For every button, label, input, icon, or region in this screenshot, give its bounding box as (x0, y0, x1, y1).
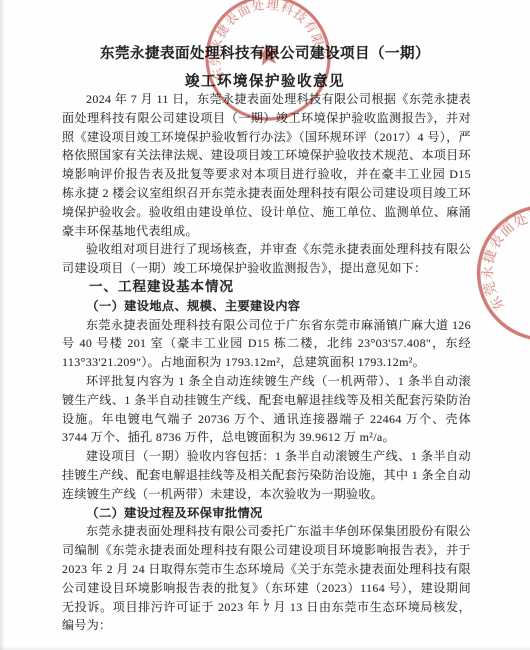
paragraph-review: 验收组对项目进行了现场核查，并审查《东莞永捷表面处理科技有限公司建设项目（一期）… (62, 240, 471, 278)
subsection-heading-1: （一）建设地点、规模、主要建设内容 (62, 297, 471, 316)
paragraph-acceptance-scope: 建设项目（一期）验收内容包括：1 条半自动滚镀生产线、1 条半自动挂镀生产线、配… (62, 447, 471, 503)
document-title: 东莞永捷表面处理科技有限公司建设项目（一期） 竣工环境保护验收意见 (0, 44, 530, 92)
subsection-heading-2: （二）建设过程及环保审批情况 (62, 504, 471, 523)
scan-edge-shadow (0, 0, 5, 650)
section-heading-1: 一、工程建设基本情况 (62, 278, 471, 297)
page-number: 1 (0, 598, 530, 609)
scan-edge-shadow-bottom (0, 646, 530, 650)
paragraph-location: 东莞永捷表面处理科技有限公司位于广东省东莞市麻涌镇广麻大道 126 号 40 号… (62, 316, 471, 372)
title-line-1: 东莞永捷表面处理科技有限公司建设项目（一期） (0, 44, 530, 64)
paragraph-approval-history: 东莞永捷表面处理科技有限公司委托广东溢丰华创环保集团股份有限公司编制《东莞永捷表… (62, 522, 471, 635)
title-line-2: 竣工环境保护验收意见 (0, 72, 530, 92)
document-page: 东莞永捷表面处理科技有限公司建设项目（一期） 竣工环境保护验收意见 2024 年… (0, 0, 530, 650)
document-body: 2024 年 7 月 11 日，东莞永捷表面处理科技有限公司根据《东莞永捷表面处… (62, 90, 471, 635)
paragraph-eia-content: 环评批复内容为 1 条全自动连续镀生产线（一机两带）、1 条半自动滚镀生产线、1… (62, 372, 471, 447)
paragraph-intro: 2024 年 7 月 11 日，东莞永捷表面处理科技有限公司根据《东莞永捷表面处… (62, 90, 471, 240)
